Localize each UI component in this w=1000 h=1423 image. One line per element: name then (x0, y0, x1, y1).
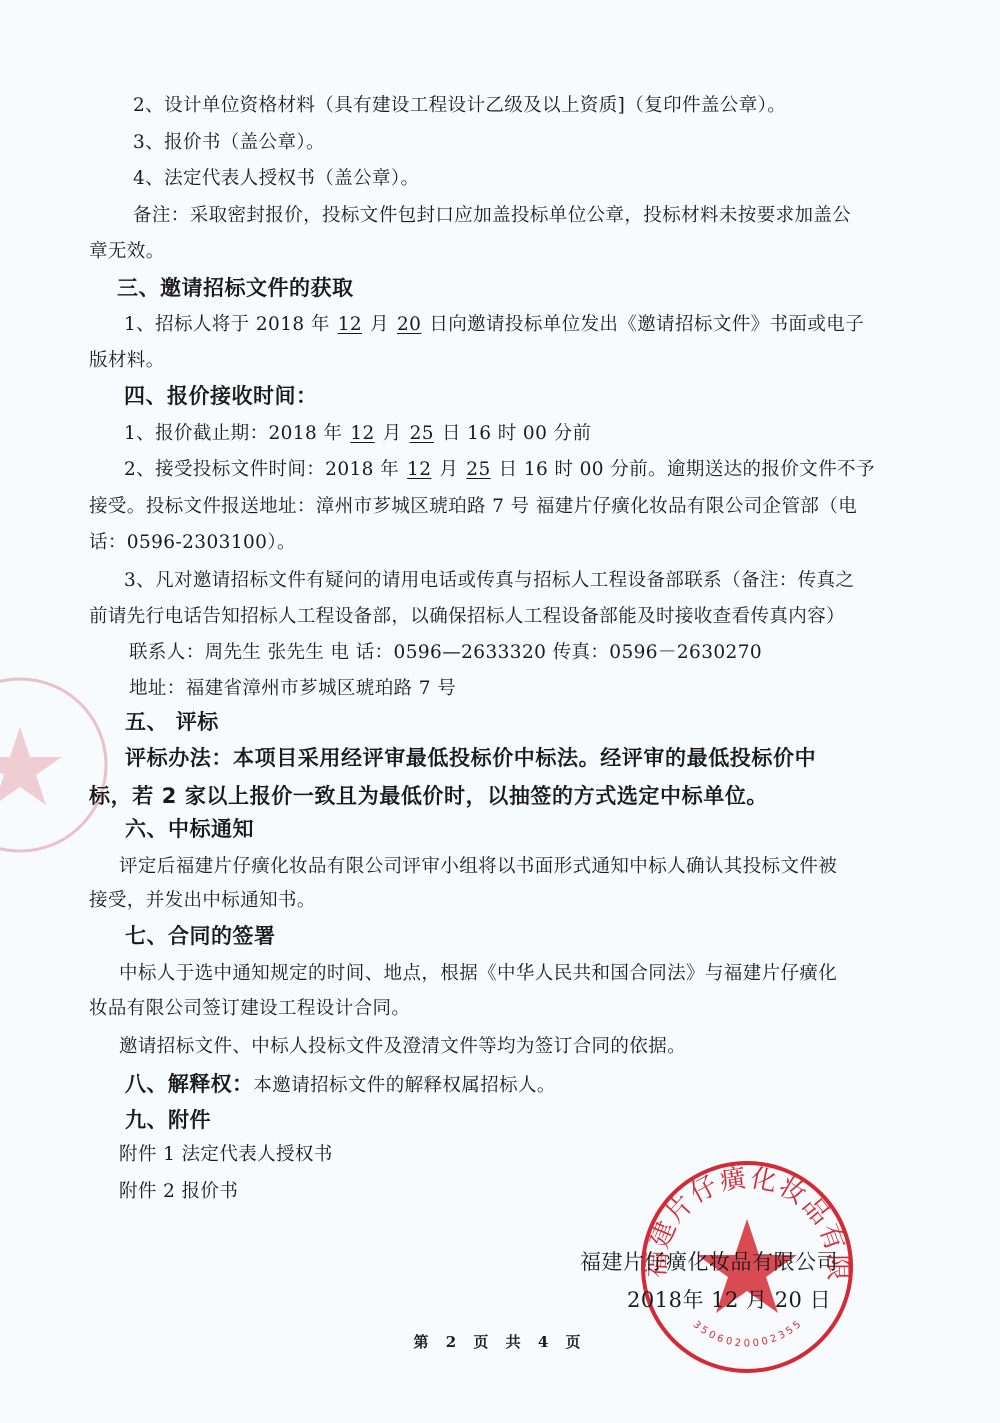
section-4-para-3-cont: 前请先行电话告知招标人工程设备部，以确保招标人工程设备部能及时接收查看传真内容） (89, 602, 845, 628)
note-line-2: 章无效。 (89, 237, 165, 263)
section-7-para-1: 中标人于选中通知规定的时间、地点，根据《中华人民共和国合同法》与福建片仔癀化 (119, 959, 837, 985)
faint-seal-stamp-icon (0, 665, 110, 865)
list-item-4: 4、法定代表人授权书（盖公章）。 (133, 164, 419, 190)
list-item-2: 2、设计单位资格材料（具有建设工程设计乙级及以上资质]（复印件盖公章）。 (133, 91, 786, 117)
section-4-heading: 四、报价接收时间： (124, 380, 318, 410)
svg-text:3506020002355: 3506020002355 (691, 1317, 806, 1349)
section-4-para-3: 3、凡对邀请招标文件有疑问的请用电话或传真与招标人工程设备部联系（备注：传真之 (124, 566, 854, 592)
section-8-heading: 八、解释权： (125, 1072, 253, 1096)
section-8-line: 八、解释权：本邀请招标文件的解释权属招标人。 (125, 1068, 556, 1098)
section-3-para-1-cont: 版材料。 (89, 346, 165, 372)
section-5-para-1: 评标办法：本项目采用经评审最低投标价中标法。经评审的最低投标价中 (125, 742, 816, 772)
list-item-3: 3、报价书（盖公章）。 (133, 128, 325, 154)
section-3-heading: 三、邀请招标文件的获取 (117, 272, 354, 302)
section-7-para-2: 妆品有限公司签订建设工程设计合同。 (89, 994, 410, 1020)
contact-line: 联系人：周先生 张先生 电 话：0596—2633320 传真：0596－263… (129, 638, 762, 664)
section-5-para-2: 标，若 2 家以上报价一致且为最低价时，以抽签的方式选定中标单位。 (89, 780, 768, 810)
section-6-para-2: 接受，并发出中标通知书。 (89, 886, 316, 912)
attachment-1: 附件 1 法定代表人授权书 (119, 1140, 333, 1166)
section-4-para-1: 1、报价截止期：2018 年12月25日 16 时 00 分前 (124, 419, 591, 445)
section-3-para-1: 1、招标人将于 2018 年12月20日向邀请投标单位发出《邀请招标文件》书面或… (124, 310, 864, 336)
section-4-para-2-cont-2: 话：0596-2303100）。 (89, 528, 296, 554)
signature-date: 2018年 12 月 20 日 (627, 1284, 831, 1314)
section-7-para-3: 邀请招标文件、中标人投标文件及澄清文件等均为签订合同的依据。 (119, 1032, 686, 1058)
section-6-heading: 六、中标通知 (125, 813, 254, 843)
address-line: 地址：福建省漳州市芗城区琥珀路 7 号 (129, 674, 456, 700)
signature-company: 福建片仔癀化妆品有限公司 (580, 1246, 838, 1276)
section-9-heading: 九、附件 (125, 1104, 211, 1134)
document-page: 2、设计单位资格材料（具有建设工程设计乙级及以上资质]（复印件盖公章）。 3、报… (0, 0, 1000, 1423)
section-4-para-2-cont-1: 接受。投标文件报送地址：漳州市芗城区琥珀路 7 号 福建片仔癀化妆品有限公司企管… (89, 492, 857, 518)
attachment-2: 附件 2 报价书 (119, 1177, 238, 1203)
section-6-para-1: 评定后福建片仔癀化妆品有限公司评审小组将以书面形式通知中标人确认其投标文件被 (119, 852, 837, 878)
note-line-1: 备注：采取密封报价，投标文件包封口应加盖投标单位公章，投标材料未按要求加盖公 (133, 201, 851, 227)
section-5-heading: 五、 评标 (125, 706, 219, 736)
section-7-heading: 七、合同的签署 (125, 920, 276, 950)
section-4-para-2: 2、接受投标文件时间：2018 年12月25日 16 时 00 分前。逾期送达的… (124, 455, 875, 481)
